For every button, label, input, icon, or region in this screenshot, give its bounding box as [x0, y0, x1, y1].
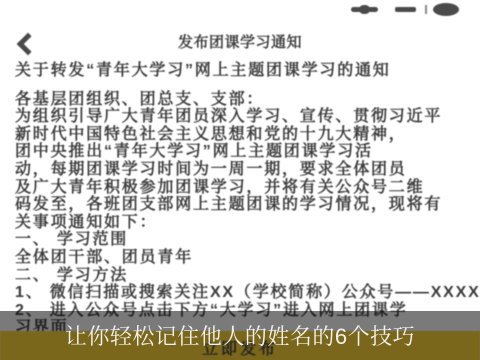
- page-background: 发布团课学习通知 关于转发“青年大学习”网上主题团课学习的通知各基层团组织、团总…: [0, 0, 480, 360]
- article-line: 关事项通知如下：: [15, 214, 466, 232]
- signal-icon: [395, 7, 416, 12]
- battery-icon: [433, 3, 459, 16]
- nav-bar: 发布团课学习通知: [0, 30, 480, 56]
- caption-overlay: 让你轻松记住他人的姓名的6个技巧: [0, 311, 480, 360]
- article-line: 新时代中国特色社会主义思想和党的十九大精神，: [15, 126, 466, 144]
- article-body: 关于转发“青年大学习”网上主题团课学习的通知各基层团组织、团总支、支部：为组织引…: [15, 62, 466, 337]
- article-line: 二、 学习方法: [15, 267, 466, 285]
- back-button[interactable]: [14, 31, 38, 55]
- article-line: 团中央推出“青年大学习”网上主题团课学习活: [15, 143, 466, 161]
- article-line: 各基层团组织、团总支、支部：: [15, 91, 466, 109]
- status-divider: [425, 5, 427, 14]
- article-line: 及广大青年积极参加团课学习，并将有关公众号二维: [15, 179, 466, 197]
- network-activity-icon: [351, 7, 378, 12]
- status-bar: [0, 0, 480, 18]
- article-line: 动，每期团课学习时间为一周一期，要求全体团员: [15, 161, 466, 179]
- article-line: 为组织引导广大青年团员深入学习、宣传、贯彻习近平: [15, 108, 466, 126]
- article-line: 一、 学习范围: [15, 231, 466, 249]
- article-line: 关于转发“青年大学习”网上主题团课学习的通知: [15, 62, 466, 80]
- article-line: 全体团干部、团员青年: [15, 249, 466, 267]
- chevron-left-icon: [17, 33, 40, 56]
- article-line: 码发至，各班团支部网上主题团课的学习情况，现将有: [15, 196, 466, 214]
- article-line: 1、 微信扫描或搜索关注XX（学校简称）公众号——XXXX: [15, 284, 466, 302]
- app-screen: 发布团课学习通知 关于转发“青年大学习”网上主题团课学习的通知各基层团组织、团总…: [0, 0, 480, 360]
- caption-text: 让你轻松记住他人的姓名的6个技巧: [65, 320, 415, 351]
- page-title: 发布团课学习通知: [0, 30, 480, 56]
